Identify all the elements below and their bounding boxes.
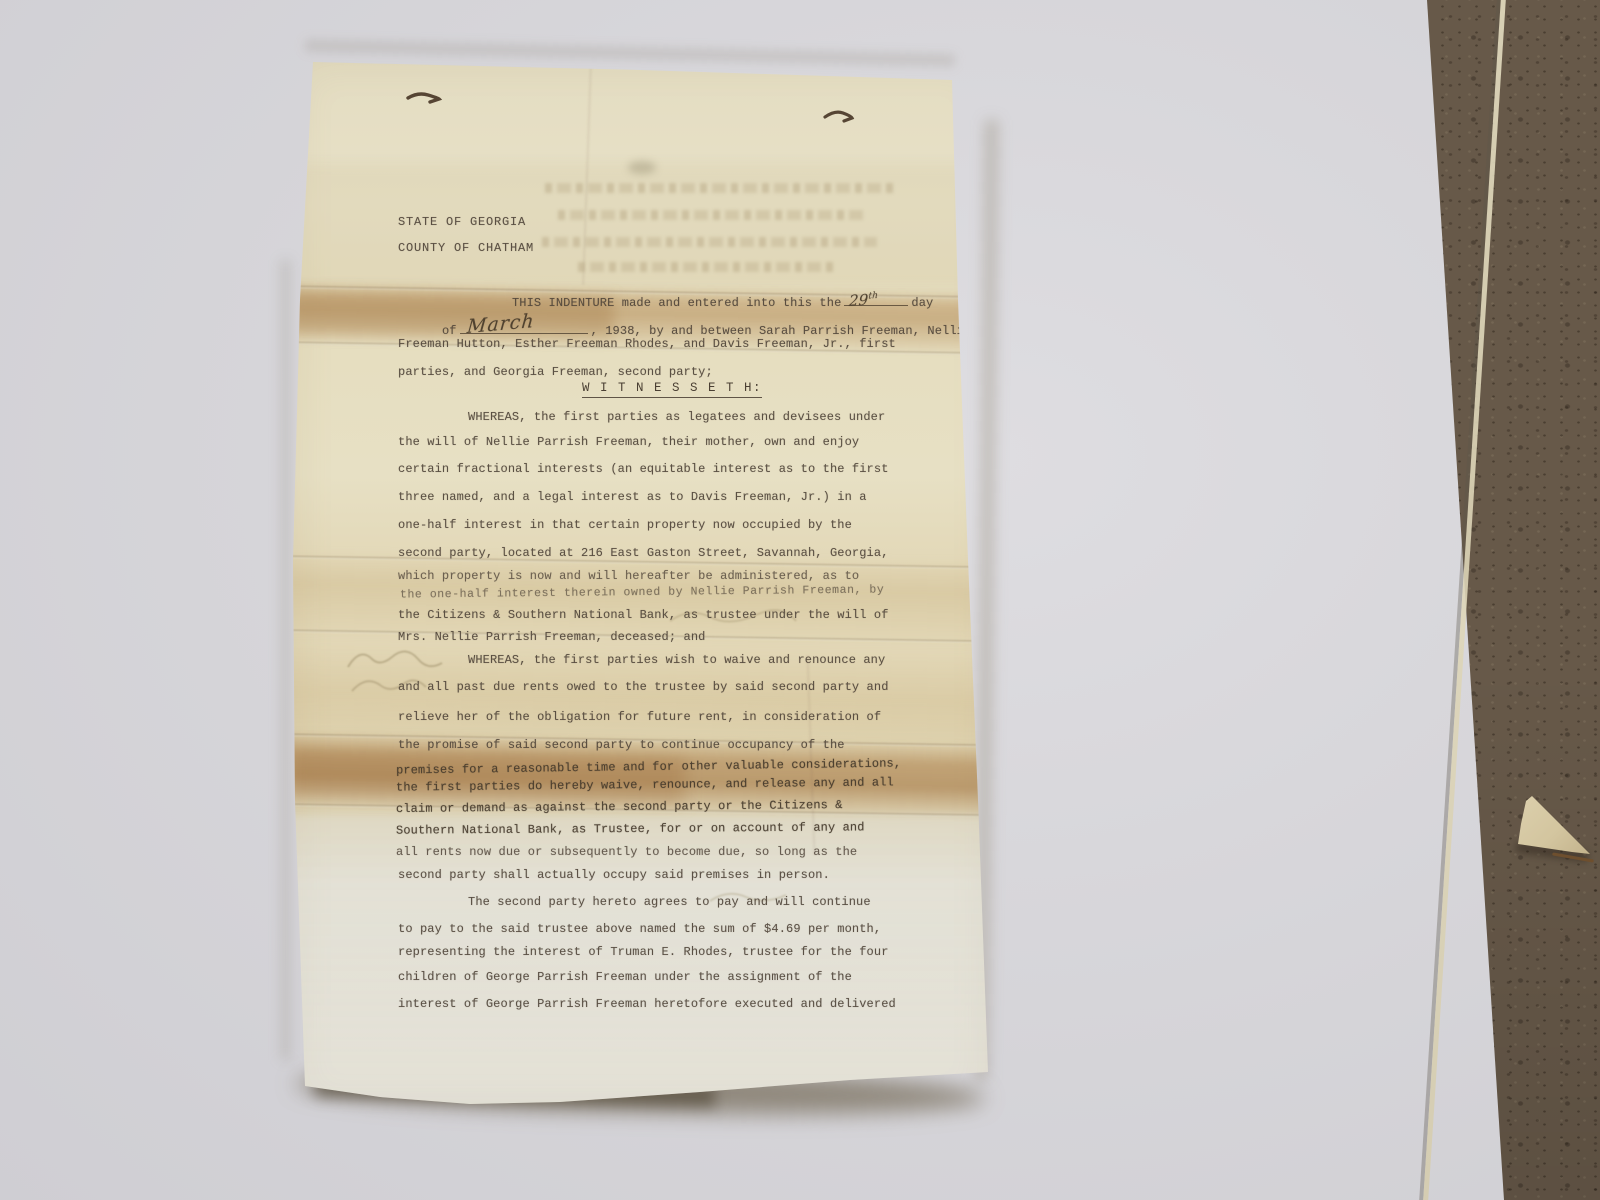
typed-line: the one-half interest therein owned by N… [400, 583, 884, 602]
ink-smudge [628, 161, 656, 174]
typed-line: and all past due rents owed to the trust… [398, 680, 889, 694]
typed-line: parties, and Georgia Freeman, second par… [398, 365, 713, 379]
typed-line: relieve her of the obligation for future… [398, 710, 881, 724]
typed-line: Mrs. Nellie Parrish Freeman, deceased; a… [398, 630, 706, 644]
photo-scene: STATE OF GEORGIA COUNTY OF CHATHAM THIS … [0, 0, 1600, 1200]
typed-line: three named, and a legal interest as to … [398, 490, 867, 504]
handwritten-month: March [466, 314, 535, 334]
opening-pre-day: THIS INDENTURE made and entered into thi… [512, 296, 841, 310]
county-line: COUNTY OF CHATHAM [398, 241, 534, 255]
typed-line: Southern National Bank, as Trustee, for … [396, 820, 865, 837]
typed-line: Freeman Hutton, Esther Freeman Rhodes, a… [398, 337, 896, 351]
typed-line: one-half interest in that certain proper… [398, 518, 852, 532]
typed-line: the will of Nellie Parrish Freeman, thei… [398, 435, 859, 449]
typed-line: children of George Parrish Freeman under… [398, 970, 852, 984]
opening-post-day: day [911, 296, 933, 310]
month-blank-line: March [460, 333, 588, 334]
paper-shadow-left [281, 260, 290, 1060]
handwritten-day: 29th [849, 289, 879, 308]
typed-line: the Citizens & Southern National Bank, a… [398, 608, 889, 622]
typed-line: representing the interest of Truman E. R… [398, 945, 889, 959]
ghost-text-bleedthrough [545, 183, 895, 193]
typed-line: the promise of said second party to cont… [398, 738, 845, 752]
typed-line: The second party hereto agrees to pay an… [468, 895, 871, 909]
typed-line: to pay to the said trustee above named t… [398, 922, 881, 936]
staple-mark [825, 112, 852, 121]
typed-line: all rents now due or subsequently to bec… [396, 845, 857, 859]
ghost-text-bleedthrough [542, 237, 877, 247]
typed-line: second party, located at 216 East Gaston… [398, 546, 889, 560]
opening-of: of [442, 324, 457, 338]
witnesseth-heading: W I T N E S S E T H: [582, 381, 762, 398]
staple-mark [408, 94, 439, 102]
typed-line: WHEREAS, the first parties as legatees a… [468, 410, 885, 424]
typed-line: premises for a reasonable time and for o… [396, 756, 901, 777]
typed-line: interest of George Parrish Freeman heret… [398, 997, 896, 1011]
pale-lower-section [278, 815, 1039, 1115]
typed-line: second party shall actually occupy said … [398, 868, 830, 882]
typed-line: which property is now and will hereafter… [398, 569, 859, 583]
day-blank-line: 29th [844, 305, 908, 306]
document-paper: STATE OF GEORGIA COUNTY OF CHATHAM THIS … [290, 55, 995, 1115]
typed-line: WHEREAS, the first parties wish to waive… [468, 653, 885, 667]
state-line: STATE OF GEORGIA [398, 215, 526, 229]
typed-line: claim or demand as against the second pa… [396, 798, 843, 816]
typed-line: the first parties do hereby waive, renou… [396, 775, 894, 794]
typed-line: certain fractional interests (an equitab… [398, 462, 889, 476]
ghost-text-bleedthrough [578, 262, 833, 272]
ghost-text-bleedthrough [558, 210, 863, 220]
paper-wrinkle [582, 65, 592, 285]
opening-after-month: , 1938, by and between Sarah Parrish Fre… [591, 324, 972, 338]
